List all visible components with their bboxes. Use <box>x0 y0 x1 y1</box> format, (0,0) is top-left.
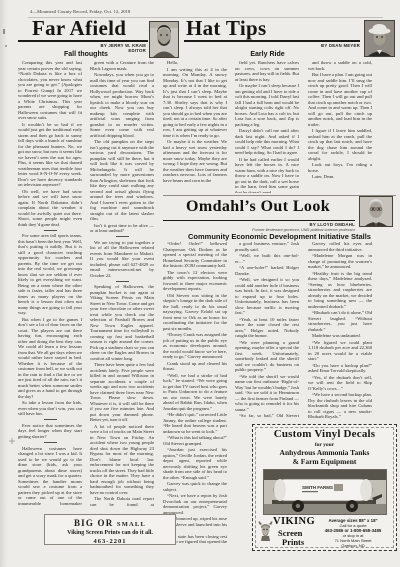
body-paragraph: “Well, we had a stroke of bad luck,” he … <box>163 373 227 412</box>
vinyl-ad-line3: & Farm Equipment <box>253 457 396 466</box>
body-paragraph: It wouldn’t be so bad if we would just g… <box>18 122 82 188</box>
far-afield-column-1: Comparing this year and last year certai… <box>18 60 82 506</box>
body-paragraph: I figure if I leave him saddled, unload … <box>308 128 372 161</box>
tank-photo: SMITH FARMS <box>263 469 387 515</box>
body-paragraph: “So far, so bad,” Old Sievert gloated. “… <box>235 413 299 420</box>
omdahl-column-2: a good business venture,” Josh proudly s… <box>235 241 299 420</box>
viking-wordmark-line3: Prints <box>282 538 315 547</box>
hat-tips-title: Hat Tips <box>186 18 266 39</box>
big-or-small-ad: BIG OR SMALL Viking Screen Prints can do… <box>44 514 176 545</box>
body-paragraph: “Rhubarb can’t do it alone,” Old Sievert… <box>308 310 372 332</box>
body-paragraph: “We figured we could plant 1,118 rhubarb… <box>308 340 372 362</box>
scan-margin-mark <box>5 45 7 47</box>
viking-wordmark-line1: VIKING <box>273 517 315 528</box>
body-paragraph: There have been quite a few bad accident… <box>90 362 154 423</box>
omdahl-rule <box>163 220 355 221</box>
omdahl-headline: Community Economic Development Initiativ… <box>163 232 396 241</box>
body-paragraph: The North Dakota road report can be foun… <box>90 496 154 506</box>
omdahl-column-1: “Order! Order!” bellowed Chairperson Ork… <box>163 241 227 545</box>
body-paragraph: Speaking of Halloween, the pumpkin bucke… <box>90 284 154 361</box>
body-paragraph: The town’s 12 electors were giddy with e… <box>163 270 227 292</box>
body-paragraph: Comparing this year and last year certai… <box>18 60 82 121</box>
body-paragraph: and throw a saddle on a cold, wet back. <box>308 60 372 71</box>
body-paragraph: green with a Creature from the Black Lag… <box>90 60 154 71</box>
body-paragraph: But I have a plan. I am going out now an… <box>308 72 372 127</box>
vinyl-ad-title: Custom Vinyl Decals <box>253 429 396 441</box>
body-paragraph: Or maybe I can’t sleep because I am gett… <box>235 83 299 127</box>
body-paragraph: Nowadays, you when you go to mall this t… <box>90 72 154 138</box>
ad-headline-small: SMALL <box>117 521 146 528</box>
body-paragraph: “Do you have a backup plan?” asked Einar… <box>308 363 372 374</box>
body-paragraph: “Healthy fruit is the big trend these da… <box>308 271 372 310</box>
ad-headline-big: BIG OR <box>74 518 113 528</box>
paragraph-divider <box>44 442 57 443</box>
body-paragraph: “Jourdan just exercised his option,” Orv… <box>163 447 227 480</box>
vinyl-ad-line2: Anhydrous Ammonia Tanks <box>253 448 396 457</box>
hat-tips-column-2: field yet. Ranchers have calves on cows,… <box>235 60 299 193</box>
body-paragraph: “Madeleine Morgan was in charge of promo… <box>308 253 372 270</box>
body-paragraph: Darryl didn’t call me until after dark l… <box>235 128 299 156</box>
body-paragraph: “We have a second backup plan. Dry the r… <box>308 392 372 420</box>
viking-logo: VIKING Screen Prints <box>258 517 315 547</box>
body-paragraph: Later, Dean. <box>308 174 372 180</box>
body-paragraph: Garvey rolled his eyes and announced the… <box>308 241 372 252</box>
vinyl-ad-contact: Average sizes 88" x 18" Call for a quote… <box>315 518 391 548</box>
body-paragraph: field yet. Ranchers have calves on cows,… <box>235 60 299 82</box>
body-paragraph: “What is this kid talking about?” Old Si… <box>163 435 227 446</box>
body-paragraph: “We told the sheriff we would name our f… <box>235 374 299 413</box>
body-paragraph: Ever notice that sometimes the days feel… <box>18 423 82 440</box>
ad-address-city: Garrison, ND <box>315 543 391 548</box>
body-paragraph: We are trying to put together a list of … <box>90 240 154 279</box>
body-paragraph: “Dorsey Crank was assigned the job of pu… <box>163 332 227 360</box>
hat-tips-rule <box>184 40 360 42</box>
omdahl-photo <box>359 196 393 227</box>
fall-thoughts-subhead: Fall thoughts <box>18 51 154 58</box>
hat-tips-column-1: Hello,I am writing this at 4 in the morn… <box>163 60 227 193</box>
body-paragraph: “Order! Order!” bellowed Chairperson Ork… <box>163 241 227 269</box>
body-paragraph: “He didn’t quit,” corrected Little Jimmy… <box>163 412 227 434</box>
page-folio: 4—Mountrail County Record, Friday, Oct. … <box>30 9 130 14</box>
body-paragraph: Madeleine was undaunted. <box>308 333 372 339</box>
registration-cross-mark <box>9 431 15 437</box>
body-paragraph: Hello, <box>163 60 227 66</box>
ad-headline: BIG OR SMALL <box>45 519 175 529</box>
viking-wordmark-line2: Screen <box>278 529 315 538</box>
vinyl-ad-footer: VIKING Screen Prints Average sizes 88" x… <box>253 517 396 548</box>
paragraph-divider <box>116 281 129 282</box>
body-paragraph: So take a lesson from the kids, even whe… <box>18 400 82 417</box>
body-paragraph: Oh well, we have had snow before and we … <box>18 189 82 228</box>
body-paragraph: “Well, we built this one-hol-er…” <box>235 253 299 264</box>
omdahl-title: Omdahl’s Out Look <box>186 199 330 215</box>
paragraph-divider <box>44 230 57 231</box>
body-paragraph: “We were planning a grand opening, maybe… <box>235 340 299 373</box>
body-paragraph: But when I go to the games I don’t see a… <box>18 317 82 400</box>
body-paragraph: Old Sievert was sitting in the skeptic’s… <box>163 293 227 332</box>
body-paragraph: If he had called earlier I would have le… <box>235 157 299 194</box>
newspaper-page: { "page": { "folio": "4—Mountrail County… <box>0 0 400 567</box>
early-ride-subhead: Early Ride <box>163 51 372 58</box>
hat-tips-column-3: and throw a saddle on a cold, wet back.B… <box>308 60 372 193</box>
body-paragraph: Crank stood up and cleared his throat. <box>163 361 227 372</box>
body-paragraph: The old pumpkin on the steps isn’t going… <box>90 139 154 222</box>
body-paragraph: “Well, we designed it so you could add a… <box>235 277 299 316</box>
ad-phone: 463-2201 <box>45 538 175 545</box>
scan-margin-mark <box>3 29 5 34</box>
vinyl-ad-for-your: for your <box>253 442 396 448</box>
paragraph-divider <box>116 236 129 237</box>
body-paragraph: “Yes, if the rhubarb don’t sell, we will… <box>308 375 372 392</box>
body-paragraph: A lot of people noticed there were a lot… <box>90 424 154 496</box>
far-afield-column-2: green with a Creature from the Black Lag… <box>90 60 154 506</box>
hat-tips-byline: BY DEAN MEYER <box>262 43 360 49</box>
body-paragraph: I am writing this at 4 in the morning. O… <box>163 67 227 139</box>
body-paragraph: For some area fall sports teams, this ha… <box>18 233 82 316</box>
body-paragraph: “Next, we have a report by Josh Dvorchak… <box>163 493 227 515</box>
body-paragraph: Halloween costumes have changed a lot si… <box>18 446 82 506</box>
body-paragraph: Or maybe it is the weather. We had a hea… <box>163 139 227 183</box>
paragraph-divider <box>44 419 57 420</box>
tank-decal-text: SMITH FARMS <box>302 485 333 490</box>
far-afield-title: Far Afield <box>32 18 126 39</box>
body-paragraph: “A one-holer!” barked Holger Danske. <box>235 265 299 276</box>
body-paragraph: Look out boys, I’m riding a horse. <box>308 162 372 173</box>
body-paragraph: Garvey was quick to change the subject. <box>163 481 227 492</box>
ad-tagline: Viking Screen Prints can do it all. <box>45 530 175 536</box>
omdahl-column-3: Garvey rolled his eyes and announced the… <box>308 241 372 420</box>
vinyl-decals-ad: Custom Vinyl Decals for your Anhydrous A… <box>252 424 397 551</box>
body-paragraph: a good business venture,” Josh proudly s… <box>235 241 299 252</box>
body-paragraph: “Yeah, at least 10 miles faster since th… <box>235 317 299 339</box>
body-paragraph: Isn’t it great time to be alive — or at … <box>90 223 154 234</box>
viking-mascot-icon <box>258 521 273 547</box>
viking-wordmark: VIKING Screen Prints <box>273 517 315 547</box>
